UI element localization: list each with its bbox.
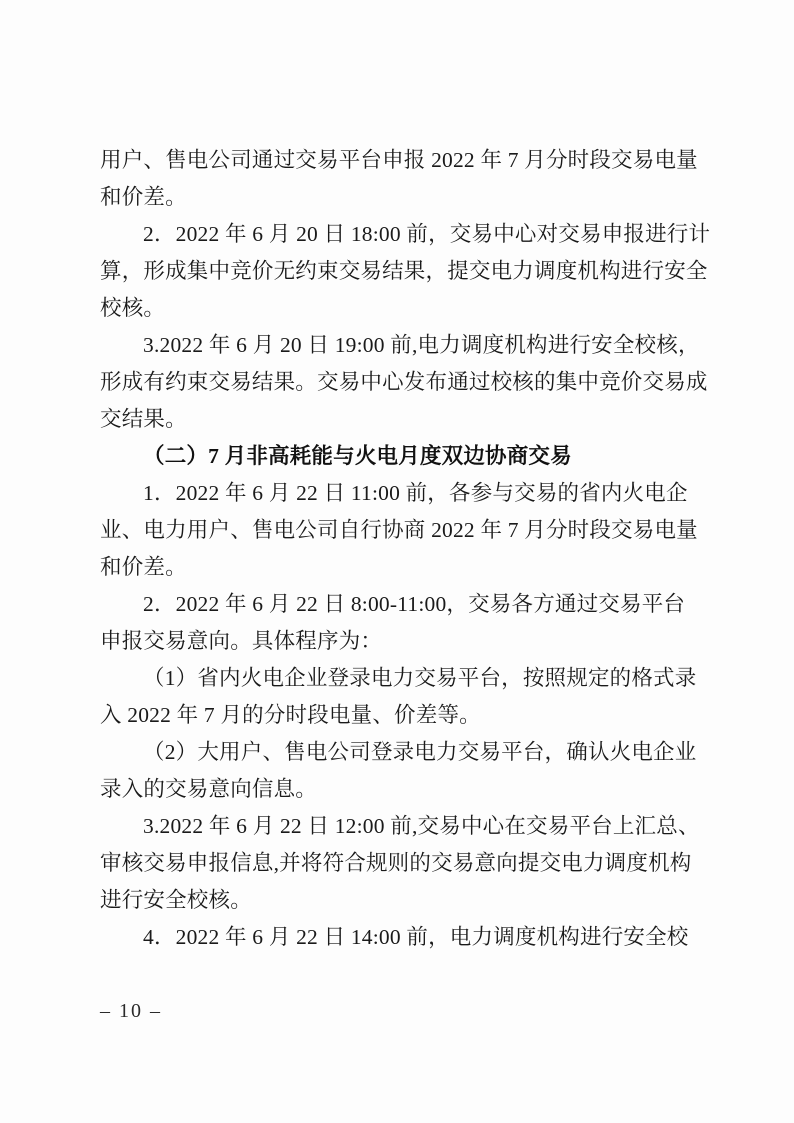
document-line: 3.2022 年 6 月 22 日 12:00 前,交易中心在交易平台上汇总、 (100, 808, 708, 845)
document-line: （2）大用户、售电公司登录电力交易平台，确认火电企业 (100, 734, 708, 771)
document-line: 审核交易申报信息,并将符合规则的交易意向提交电力调度机构 (100, 845, 708, 882)
document-line: 和价差。 (100, 549, 708, 586)
document-line: 2．2022 年 6 月 22 日 8:00-11:00，交易各方通过交易平台 (100, 586, 708, 623)
document-line: （1）省内火电企业登录电力交易平台，按照规定的格式录 (100, 660, 708, 697)
document-line: 和价差。 (100, 179, 708, 216)
document-body: 用户、售电公司通过交易平台申报 2022 年 7 月分时段交易电量 和价差。 2… (100, 142, 708, 956)
section-heading: （二）7 月非高耗能与火电月度双边协商交易 (100, 438, 708, 475)
document-line: 申报交易意向。具体程序为： (100, 623, 708, 660)
document-line: 3.2022 年 6 月 20 日 19:00 前,电力调度机构进行安全校核， (100, 327, 708, 364)
document-line: 进行安全校核。 (100, 882, 708, 919)
document-line: 2．2022 年 6 月 20 日 18:00 前，交易中心对交易申报进行计 (100, 216, 708, 253)
document-line: 校核。 (100, 290, 708, 327)
document-line: 录入的交易意向信息。 (100, 771, 708, 808)
document-line: 业、电力用户、售电公司自行协商 2022 年 7 月分时段交易电量 (100, 512, 708, 549)
document-page: 用户、售电公司通过交易平台申报 2022 年 7 月分时段交易电量 和价差。 2… (0, 0, 794, 1123)
document-line: 用户、售电公司通过交易平台申报 2022 年 7 月分时段交易电量 (100, 142, 708, 179)
document-line: 入 2022 年 7 月的分时段电量、价差等。 (100, 697, 708, 734)
document-line: 4．2022 年 6 月 22 日 14:00 前，电力调度机构进行安全校 (100, 919, 708, 956)
document-line: 形成有约束交易结果。交易中心发布通过校核的集中竞价交易成 (100, 364, 708, 401)
document-line: 交结果。 (100, 401, 708, 438)
document-line: 1．2022 年 6 月 22 日 11:00 前，各参与交易的省内火电企 (100, 475, 708, 512)
page-number: – 10 – (100, 1000, 162, 1023)
document-line: 算，形成集中竞价无约束交易结果，提交电力调度机构进行安全 (100, 253, 708, 290)
